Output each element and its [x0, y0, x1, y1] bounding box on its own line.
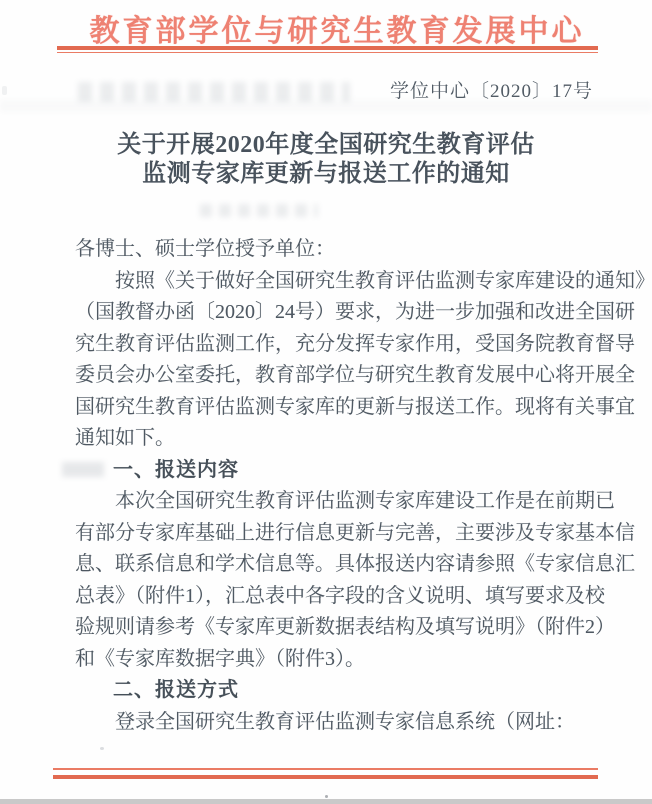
- letterhead-double-rule: [57, 46, 598, 53]
- body-line: （国教督办函〔2020〕24号）要求，为进一步加强和改进全国研: [75, 297, 599, 329]
- rule-thin: [57, 52, 598, 54]
- body-line: 验规则请参考《专家库更新数据表结构及填写说明》（附件2）: [75, 612, 599, 644]
- rule-thin: [53, 768, 598, 770]
- document-title-line1: 关于开展2020年度全国研究生教育评估: [0, 131, 652, 160]
- footer-double-rule: [53, 768, 598, 779]
- bleed-through-smudge: [200, 204, 318, 217]
- bleed-through-smudge: [78, 82, 350, 102]
- scan-speck: [325, 795, 328, 798]
- rule-thick: [53, 775, 598, 779]
- scan-edge-strip: [0, 799, 652, 804]
- salutation-line: 各博士、硕士学位授予单位：: [75, 234, 599, 266]
- section-heading-1: 一、报送内容: [75, 455, 599, 487]
- section-heading-2: 二、报送方式: [75, 675, 599, 707]
- document-body: 各博士、硕士学位授予单位： 按照《关于做好全国研究生教育评估监测专家库建设的通知…: [75, 234, 599, 738]
- body-line: 和《专家库数据字典》（附件3）。: [75, 644, 599, 676]
- scan-speck: [100, 747, 104, 750]
- body-line: 有部分专家库基础上进行信息更新与完善，主要涉及专家基本信: [75, 518, 599, 550]
- rule-thick: [57, 46, 598, 50]
- scan-speck: [2, 86, 7, 95]
- body-line: 按照《关于做好全国研究生教育评估监测专家库建设的通知》: [75, 266, 599, 298]
- document-title: 关于开展2020年度全国研究生教育评估 监测专家库更新与报送工作的通知: [0, 131, 652, 189]
- body-line: 本次全国研究生教育评估监测专家库建设工作是在前期已: [75, 486, 599, 518]
- body-line: 登录全国研究生教育评估监测专家信息系统（网址：: [75, 707, 599, 739]
- body-line: 委员会办公室委托，教育部学位与研究生教育发展中心将开展全: [75, 360, 599, 392]
- letterhead-org-name: 教育部学位与研究生教育发展中心: [0, 6, 652, 50]
- document-title-line2: 监测专家库更新与报送工作的通知: [0, 160, 652, 189]
- scanned-document-page: 教育部学位与研究生教育发展中心 学位中心〔2020〕17号 关于开展2020年度…: [0, 0, 652, 804]
- document-number: 学位中心〔2020〕17号: [390, 76, 593, 103]
- body-line: 究生教育评估监测工作，充分发挥专家作用，受国务院教育督导: [75, 329, 599, 361]
- body-line: 总表》（附件1），汇总表中各字段的含义说明、填写要求及校: [75, 581, 599, 613]
- body-line: 息、联系信息和学术信息等。具体报送内容请参照《专家信息汇: [75, 549, 599, 581]
- body-line: 国研究生教育评估监测专家库的更新与报送工作。现将有关事宜: [75, 392, 599, 424]
- body-line: 通知如下。: [75, 423, 599, 455]
